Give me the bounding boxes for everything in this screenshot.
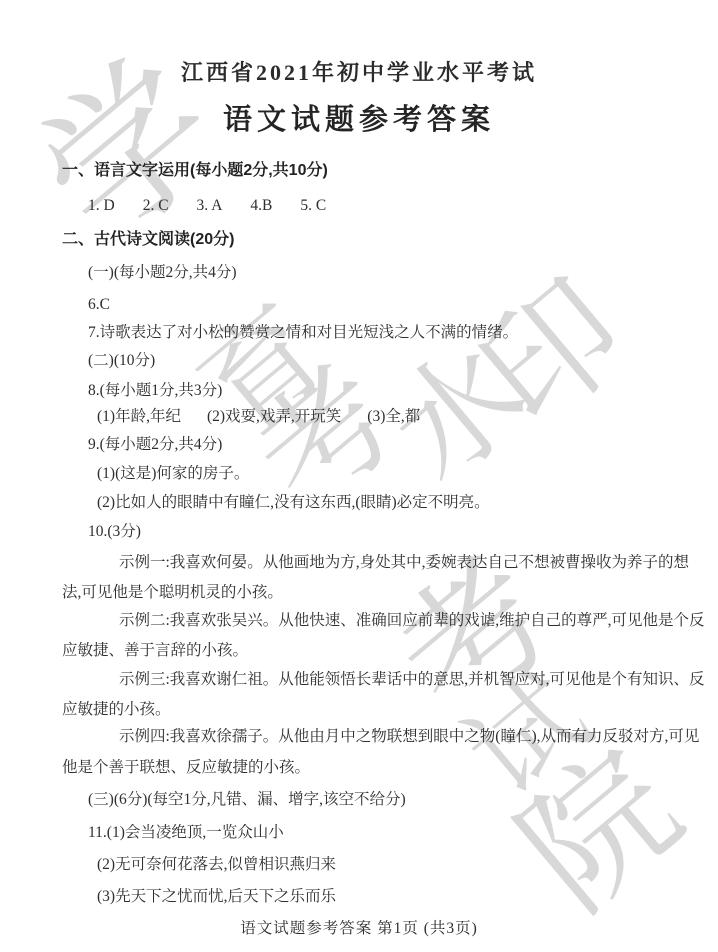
text-line: 7.诗歌表达了对小松的赞赏之情和对目光短浅之人不满的情绪。 (88, 323, 518, 343)
answer-item: (2)戏耍,戏弄,开玩笑 (207, 407, 341, 427)
text-line: 6.C (88, 295, 110, 315)
text-line: 示例四:我喜欢徐孺子。从他由月中之物联想到眼中之物(瞳仁),从而有力反驳对方,可… (119, 727, 699, 747)
answer-row: 1. D2. C3. A4.B5. C (88, 196, 354, 216)
answer-item: (3)全,都 (367, 407, 420, 427)
text-line: (三)(6分)(每空1分,凡错、漏、增字,该空不给分) (88, 790, 406, 810)
text-line: 示例三:我喜欢谢仁祖。从他能领悟长辈话中的意思,并机智应对,可见他是个有知识、反 (119, 670, 705, 690)
text-line: (二)(10分) (88, 351, 155, 371)
text-line: (2)无可奈何花落去,似曾相识燕归来 (97, 855, 336, 875)
text-line: 示例二:我喜欢张吴兴。从他快速、准确回应前辈的戏谑,维护自己的尊严,可见他是个反 (119, 611, 705, 631)
content: 一、语言文字运用(每小题2分,共10分)1. D2. C3. A4.B5. C二… (0, 0, 718, 952)
document-page: 学育考水印考试院 江西省2021年初中学业水平考试 语文试题参考答案 一、语言文… (0, 0, 718, 952)
text-line: 10.(3分) (88, 522, 141, 542)
answer-item: 5. C (300, 196, 326, 216)
answer-item: 4.B (250, 196, 272, 216)
text-line: 示例一:我喜欢何晏。从他画地为方,身处其中,委婉表达自己不想被曹操收为养子的想 (119, 553, 689, 573)
answer-item: 3. A (197, 196, 223, 216)
answer-item: 2. C (143, 196, 169, 216)
text-line: (3)先天下之忧而忧,后天下之乐而乐 (97, 887, 336, 907)
text-line: 他是个善于联想、反应敏捷的小孩。 (62, 758, 310, 778)
answer-row: (1)年龄,年纪(2)戏耍,戏弄,开玩笑(3)全,都 (97, 407, 446, 427)
text-line: 二、古代诗文阅读(20分) (62, 230, 234, 250)
text-line: 8.(每小题1分,共3分) (88, 381, 222, 401)
text-line: 9.(每小题2分,共4分) (88, 435, 222, 455)
text-line: 应敏捷、善于言辞的小孩。 (62, 641, 248, 661)
text-line: (1)(这是)何家的房子。 (97, 464, 249, 484)
text-line: 一、语言文字运用(每小题2分,共10分) (62, 161, 328, 181)
text-line: (2)比如人的眼睛中有瞳仁,没有这东西,(眼睛)必定不明亮。 (97, 493, 490, 513)
page-footer: 语文试题参考答案 第1页 (共3页) (0, 916, 718, 938)
text-line: 应敏捷的小孩。 (62, 700, 171, 720)
text-line: 11.(1)会当凌绝顶,一览众山小 (88, 823, 284, 843)
text-line: (一)(每小题2分,共4分) (88, 263, 237, 283)
answer-item: (1)年龄,年纪 (97, 407, 181, 427)
answer-item: 1. D (88, 196, 115, 216)
text-line: 法,可见他是个聪明机灵的小孩。 (62, 583, 283, 603)
